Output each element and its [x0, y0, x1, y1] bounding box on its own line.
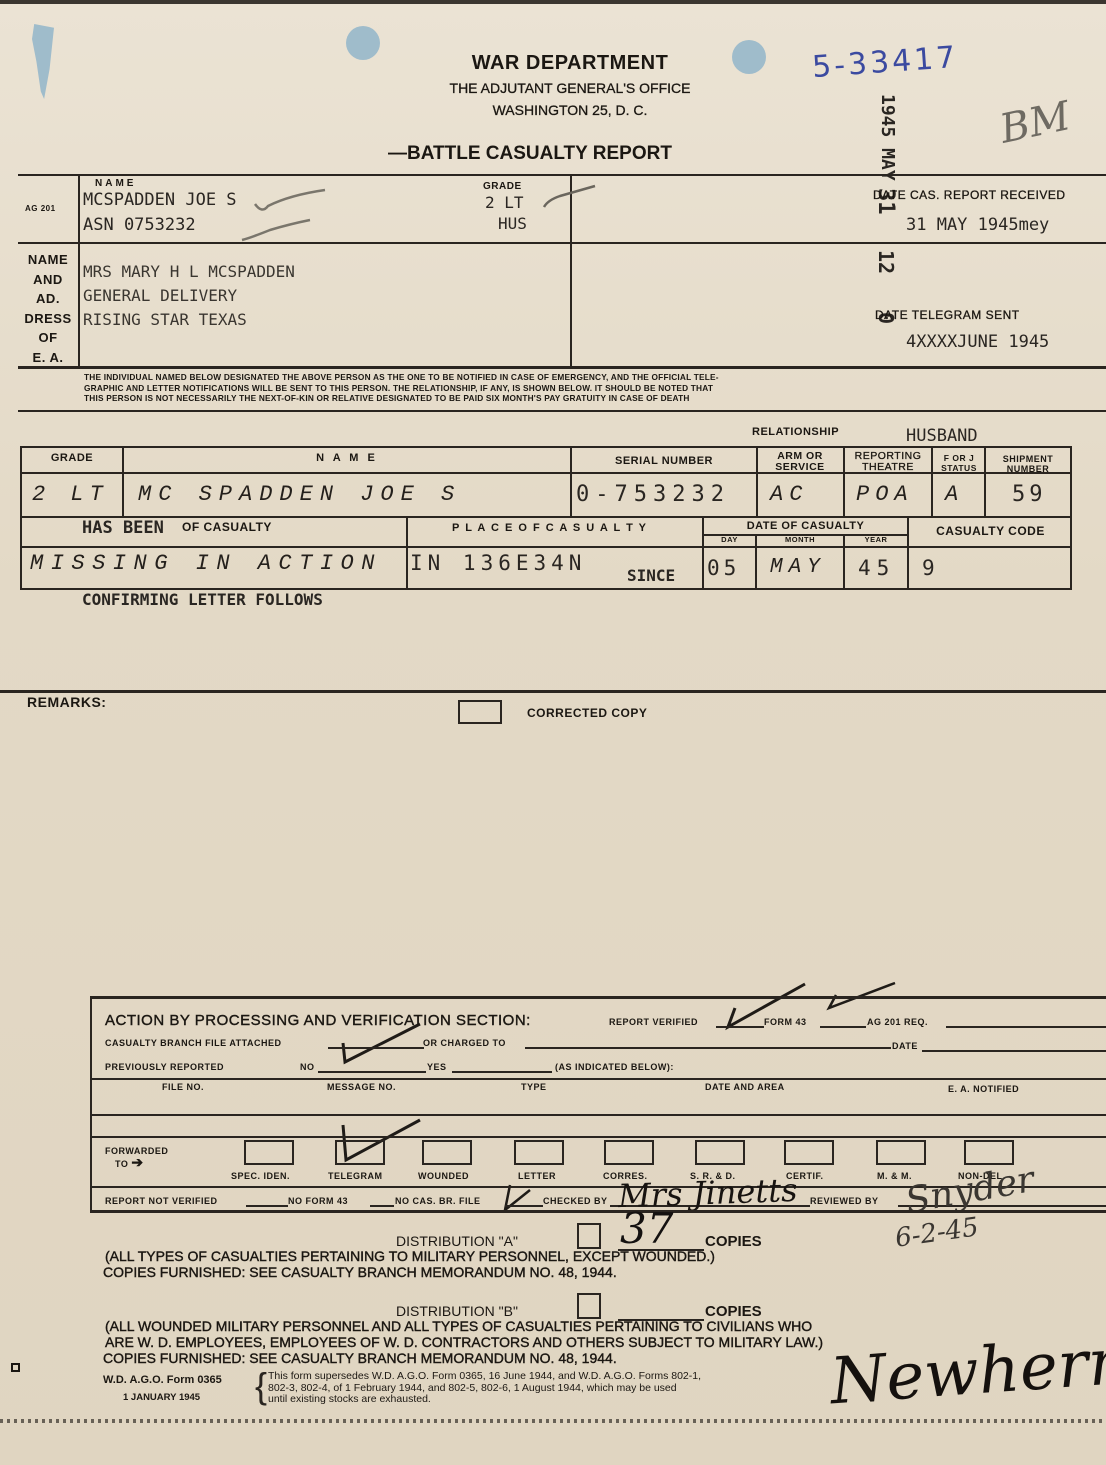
- date-label: DATE: [892, 1041, 918, 1051]
- header-grade: GRADE: [22, 452, 122, 464]
- cell-year: 45: [858, 556, 895, 580]
- header-year: YEAR: [845, 535, 907, 544]
- cell-month: MAY: [770, 556, 826, 579]
- col-ea-notified: E. A. NOTIFIED: [948, 1084, 1019, 1094]
- cell-place-of-casualty: IN 136E34N: [410, 551, 586, 575]
- form-id: W.D. A.G.O. Form 0365: [103, 1374, 222, 1386]
- forward-box-telegram[interactable]: [335, 1140, 385, 1165]
- file-attached-label: CASUALTY BRANCH FILE ATTACHED: [105, 1038, 282, 1048]
- header-day: DAY: [704, 535, 755, 544]
- forward-box-certif[interactable]: [784, 1140, 834, 1165]
- cell-since: SINCE: [627, 566, 675, 585]
- perforation-edge: [0, 1419, 1106, 1423]
- battle-casualty-report-document: WAR DEPARTMENT THE ADJUTANT GENERAL'S OF…: [0, 0, 1106, 1465]
- distribution-b-note-2: ARE W. D. EMPLOYEES, EMPLOYEES OF W. D. …: [105, 1334, 823, 1350]
- previously-reported-no: NO: [300, 1062, 315, 1072]
- relationship-field: HUSBAND: [906, 426, 978, 446]
- col-message-no: MESSAGE NO.: [327, 1082, 396, 1092]
- forward-label-letter: LETTER: [518, 1171, 556, 1181]
- has-been-overtype: HAS BEEN: [82, 518, 164, 538]
- header-type-of-casualty: OF CASUALTY: [182, 520, 272, 534]
- header-name: N A M E: [124, 452, 570, 464]
- as-indicated-label: (AS INDICATED BELOW):: [555, 1062, 674, 1072]
- cell-grade: 2 LT: [32, 482, 109, 507]
- confirming-letter-note: CONFIRMING LETTER FOLLOWS: [82, 590, 323, 609]
- header-month: MONTH: [757, 535, 843, 544]
- remarks-label: REMARKS:: [27, 694, 106, 710]
- col-date-and-area: DATE AND AREA: [705, 1082, 785, 1092]
- distribution-a-note: (ALL TYPES OF CASUALTIES PERTAINING TO M…: [105, 1248, 715, 1264]
- reviewed-by-label: REVIEWED BY: [810, 1196, 879, 1206]
- col-file-no: FILE NO.: [162, 1082, 204, 1092]
- notice-text: THE INDIVIDUAL NAMED BELOW DESIGNATED TH…: [84, 372, 719, 404]
- small-square-mark: [11, 1363, 20, 1372]
- forward-box-mm[interactable]: [876, 1140, 926, 1165]
- cell-serial-number: 0-753232: [576, 482, 730, 507]
- header-place-of-casualty: P L A C E O F C A S U A L T Y: [452, 522, 648, 534]
- brace-icon: {: [255, 1368, 267, 1404]
- distribution-b-note-1: (ALL WOUNDED MILITARY PERSONNEL AND ALL …: [105, 1318, 812, 1334]
- col-type: TYPE: [521, 1082, 547, 1092]
- cell-day: 05: [707, 556, 740, 580]
- no-cas-file-label: NO CAS. BR. FILE: [395, 1196, 481, 1206]
- cell-status: A: [945, 482, 964, 507]
- header-reporting-theatre: REPORTING THEATRE: [845, 451, 931, 473]
- corrected-copy-label: CORRECTED COPY: [527, 706, 647, 720]
- checked-by-label: CHECKED BY: [543, 1196, 608, 1206]
- report-verified-label: REPORT VERIFIED: [609, 1017, 698, 1027]
- arrow-right-icon: ➔: [131, 1154, 143, 1170]
- distribution-a-checkbox[interactable]: [577, 1223, 601, 1249]
- distribution-b-checkbox[interactable]: [577, 1293, 601, 1319]
- forward-label-telegram: TELEGRAM: [328, 1171, 383, 1181]
- forwarded-to-label: FORWARDED TO ➔: [105, 1146, 168, 1170]
- supersedes-note: This form supersedes W.D. A.G.O. Form 03…: [268, 1371, 701, 1406]
- previously-reported-label: PREVIOUSLY REPORTED: [105, 1062, 224, 1072]
- forward-box-wounded[interactable]: [422, 1140, 472, 1165]
- distribution-b-label: DISTRIBUTION "B": [396, 1303, 518, 1319]
- distribution-a-copies-value: 37: [620, 1204, 673, 1253]
- cell-casualty-code: 9: [922, 556, 935, 580]
- header-shipment-number: SHIPMENT NUMBER: [986, 454, 1070, 474]
- charged-to-label: OR CHARGED TO: [423, 1038, 506, 1048]
- ag-201-req-label: AG 201 REQ.: [867, 1017, 928, 1027]
- cell-shipment-number: 59: [1012, 482, 1047, 507]
- header-date-of-casualty: DATE OF CASUALTY: [704, 520, 907, 532]
- previously-reported-yes: YES: [427, 1062, 447, 1072]
- forward-box-spec-iden[interactable]: [244, 1140, 294, 1165]
- form-43-label: FORM 43: [764, 1017, 807, 1027]
- header-arm-service: ARM OR SERVICE: [762, 451, 838, 473]
- not-verified-label: REPORT NOT VERIFIED: [105, 1196, 218, 1206]
- distribution-a-furnished: COPIES FURNISHED: SEE CASUALTY BRANCH ME…: [103, 1264, 617, 1280]
- cell-type-of-casualty: MISSING IN ACTION: [30, 551, 382, 576]
- forward-box-corres[interactable]: [604, 1140, 654, 1165]
- action-section-title: ACTION BY PROCESSING AND VERIFICATION SE…: [105, 1012, 531, 1029]
- cell-arm-service: AC: [770, 482, 808, 507]
- no-form-43-label: NO FORM 43: [288, 1196, 348, 1206]
- cell-reporting-theatre: POA: [856, 482, 914, 507]
- relationship-label: RELATIONSHIP: [752, 426, 839, 438]
- header-casualty-code: CASUALTY CODE: [909, 524, 1072, 538]
- corrected-copy-checkbox[interactable]: [458, 700, 502, 724]
- forward-box-non-del[interactable]: [964, 1140, 1014, 1165]
- forward-label-wounded: WOUNDED: [418, 1171, 469, 1181]
- header-serial-number: SERIAL NUMBER: [572, 455, 756, 467]
- forward-box-letter[interactable]: [514, 1140, 564, 1165]
- cell-name: MC SPADDEN JOE S: [138, 482, 461, 507]
- distribution-b-furnished: COPIES FURNISHED: SEE CASUALTY BRANCH ME…: [103, 1350, 617, 1366]
- forward-label-mm: M. & M.: [877, 1171, 912, 1181]
- forward-box-srd[interactable]: [695, 1140, 745, 1165]
- distribution-a-label: DISTRIBUTION "A": [396, 1233, 518, 1249]
- forward-label-spec-iden: SPEC. IDEN.: [231, 1171, 290, 1181]
- form-date: 1 JANUARY 1945: [123, 1392, 200, 1403]
- header-status: F OR J STATUS: [934, 453, 984, 473]
